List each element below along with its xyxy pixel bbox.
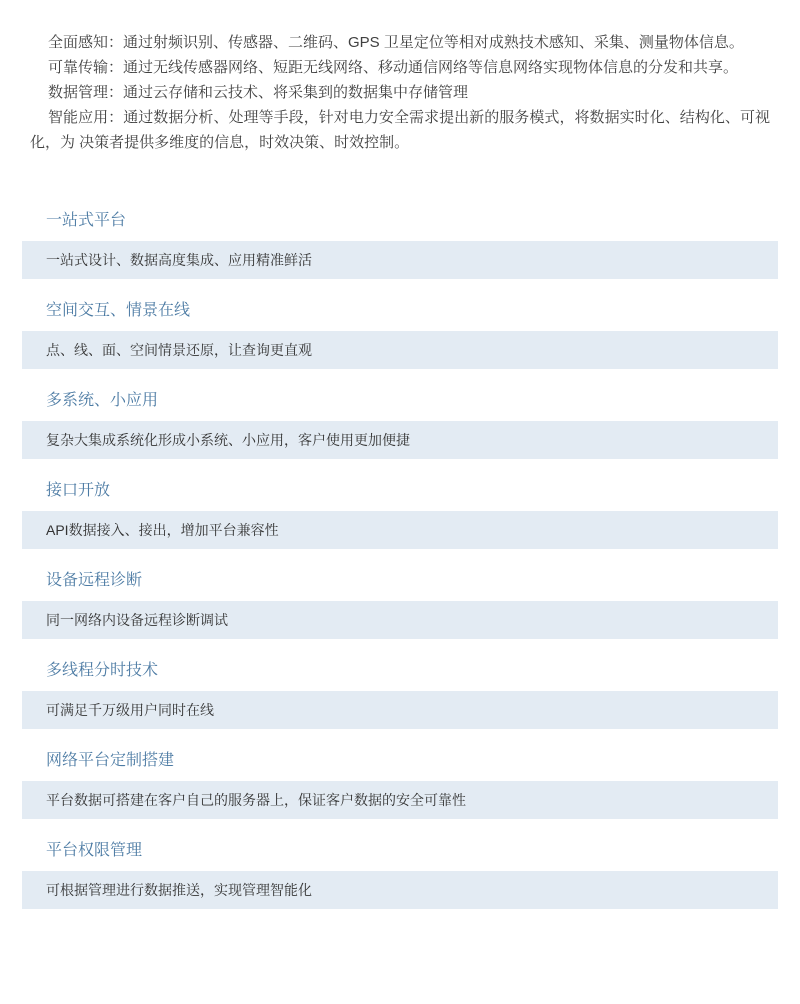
feature-description-bar: 平台数据可搭建在客户自己的服务器上，保证客户数据的安全可靠性	[22, 781, 778, 819]
feature-title: 多线程分时技术	[46, 663, 800, 679]
feature-section: 网络平台定制搭建 平台数据可搭建在客户自己的服务器上，保证客户数据的安全可靠性	[0, 753, 800, 819]
feature-description: 复杂大集成系统化形成小系统、小应用，客户使用更加便捷	[46, 430, 410, 450]
content-page: 全面感知：通过射频识别、传感器、二维码、GPS 卫星定位等相对成熟技术感知、采集…	[0, 30, 800, 909]
feature-description: 可满足千万级用户同时在线	[46, 700, 214, 720]
feature-section: 多系统、小应用 复杂大集成系统化形成小系统、小应用，客户使用更加便捷	[0, 393, 800, 459]
feature-section: 设备远程诊断 同一网络内设备远程诊断调试	[0, 573, 800, 639]
intro-paragraph: 数据管理：通过云存储和云技术、将采集到的数据集中存储管理	[30, 80, 770, 105]
feature-section: 一站式平台 一站式设计、数据高度集成、应用精准鲜活	[0, 213, 800, 279]
feature-title: 网络平台定制搭建	[46, 753, 800, 769]
feature-description: 同一网络内设备远程诊断调试	[46, 610, 228, 630]
intro-paragraph: 可靠传输：通过无线传感器网络、短距无线网络、移动通信网络等信息网络实现物体信息的…	[30, 55, 770, 80]
feature-description-bar: 一站式设计、数据高度集成、应用精准鲜活	[22, 241, 778, 279]
feature-section: 多线程分时技术 可满足千万级用户同时在线	[0, 663, 800, 729]
feature-title: 平台权限管理	[46, 843, 800, 859]
intro-section: 全面感知：通过射频识别、传感器、二维码、GPS 卫星定位等相对成熟技术感知、采集…	[30, 30, 770, 155]
feature-description-bar: 复杂大集成系统化形成小系统、小应用，客户使用更加便捷	[22, 421, 778, 459]
feature-title: 空间交互、情景在线	[46, 303, 800, 319]
feature-title: 接口开放	[46, 483, 800, 499]
feature-description-bar: API数据接入、接出，增加平台兼容性	[22, 511, 778, 549]
feature-title: 一站式平台	[46, 213, 800, 229]
feature-title: 设备远程诊断	[46, 573, 800, 589]
feature-section: 空间交互、情景在线 点、线、面、空间情景还原，让查询更直观	[0, 303, 800, 369]
feature-section: 接口开放 API数据接入、接出，增加平台兼容性	[0, 483, 800, 549]
feature-description: 平台数据可搭建在客户自己的服务器上，保证客户数据的安全可靠性	[46, 790, 466, 810]
feature-list: 一站式平台 一站式设计、数据高度集成、应用精准鲜活 空间交互、情景在线 点、线、…	[0, 213, 800, 909]
feature-description-bar: 点、线、面、空间情景还原，让查询更直观	[22, 331, 778, 369]
feature-description: 一站式设计、数据高度集成、应用精准鲜活	[46, 250, 312, 270]
feature-description: 点、线、面、空间情景还原，让查询更直观	[46, 340, 312, 360]
feature-title: 多系统、小应用	[46, 393, 800, 409]
feature-description: API数据接入、接出，增加平台兼容性	[46, 520, 279, 540]
intro-paragraph: 全面感知：通过射频识别、传感器、二维码、GPS 卫星定位等相对成熟技术感知、采集…	[30, 30, 770, 55]
feature-description-bar: 同一网络内设备远程诊断调试	[22, 601, 778, 639]
feature-section: 平台权限管理 可根据管理进行数据推送，实现管理智能化	[0, 843, 800, 909]
feature-description-bar: 可根据管理进行数据推送，实现管理智能化	[22, 871, 778, 909]
intro-paragraph: 智能应用：通过数据分析、处理等手段，针对电力安全需求提出新的服务模式，将数据实时…	[30, 105, 770, 155]
feature-description-bar: 可满足千万级用户同时在线	[22, 691, 778, 729]
feature-description: 可根据管理进行数据推送，实现管理智能化	[46, 880, 312, 900]
